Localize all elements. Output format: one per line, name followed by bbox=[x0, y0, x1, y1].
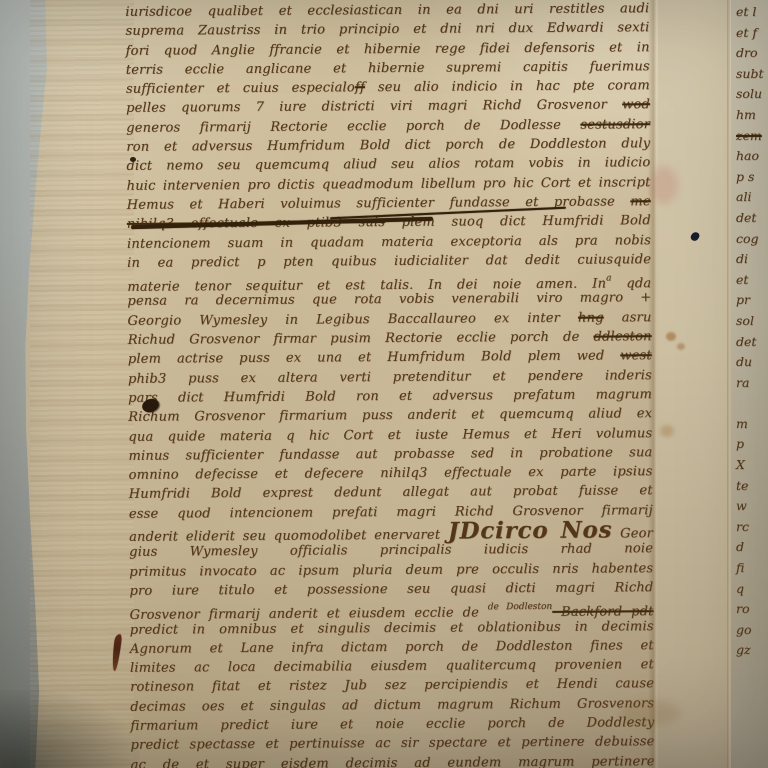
adjacent-page-fragment: d bbox=[736, 537, 768, 558]
adjacent-page-fragment: det bbox=[736, 332, 768, 353]
handwritten-text: minus sufficienter fundasse aut probasse… bbox=[128, 445, 652, 464]
interlined-text: de Dodleston bbox=[488, 602, 553, 612]
handwritten-text: gius Wymesley officialis principalis iud… bbox=[129, 541, 653, 560]
handwritten-text: Richum Grosvenor firmarium puss anderit … bbox=[128, 406, 652, 425]
handwritten-text: Georgio Wymesley in Legibus Baccallaureo… bbox=[127, 310, 578, 328]
struck-text: hng bbox=[578, 310, 604, 325]
adjacent-page-fragment: du bbox=[736, 352, 768, 373]
handwritten-text: in ea predict p pten quibus iudicialiter… bbox=[127, 252, 651, 271]
adjacent-page-fragment: et l bbox=[736, 2, 768, 23]
handwritten-text: asru bbox=[604, 310, 652, 325]
struck-text: wod bbox=[622, 98, 650, 113]
handwritten-text: sufficienter et cuius especialo bbox=[126, 80, 355, 97]
handwritten-text: intencionem suam in quadam materia excep… bbox=[127, 233, 651, 252]
handwritten-text: ron et adversus Humfridum Bold dict porc… bbox=[126, 136, 650, 155]
struck-text: sestusdior bbox=[580, 117, 650, 132]
handwritten-text: predict in omnibus et singulis decimis e… bbox=[130, 619, 654, 638]
handwritten-text: primitus invocato ac ipsum pluria deum p… bbox=[129, 561, 653, 580]
adjacent-page-fragment: sol bbox=[736, 311, 768, 332]
adjacent-page-fragment bbox=[736, 393, 768, 414]
adjacent-page-fragment: et bbox=[736, 270, 768, 291]
adjacent-page-fragment: di bbox=[736, 249, 768, 270]
handwritten-text: Agnorum et Lane infra dictam porch de Do… bbox=[130, 638, 654, 657]
handwritten-text: pelles quorums 7 iure districti viri mag… bbox=[126, 98, 622, 116]
handwritten-text: rotineson fitat et ristez Jub sez percip… bbox=[130, 677, 654, 696]
handwritten-text: Richud Grosvenor firmar pusim Rectorie e… bbox=[128, 330, 594, 348]
handwritten-text: omnino defecisse et defecere nihilq3 eff… bbox=[129, 464, 653, 483]
handwritten-text: plem suoq dict Humfridi Bold bbox=[385, 213, 651, 230]
adjacent-page-fragment: q bbox=[736, 579, 768, 600]
adjacent-page-fragment: hao bbox=[736, 146, 768, 167]
handwritten-text: ac de et super eisdem decimis ad eundem … bbox=[131, 754, 655, 768]
adjacent-page-fragment: ra bbox=[736, 373, 768, 394]
handwritten-text: pro iure titulo et possessione seu quasi… bbox=[129, 580, 653, 599]
adjacent-page-fragment: go bbox=[736, 620, 768, 641]
adjacent-page-fragment: rc bbox=[736, 517, 768, 538]
adjacent-page-fragment: pr bbox=[736, 290, 768, 311]
ink-speck bbox=[130, 157, 136, 162]
adjacent-page-fragment: ro bbox=[736, 599, 768, 620]
handwritten-text: pars dict Humfridi Bold ron et adversus … bbox=[128, 387, 652, 406]
handwritten-text: qua quide materia q hic Cort et iuste He… bbox=[128, 426, 652, 445]
margin-paraph-mark bbox=[111, 634, 122, 672]
adjacent-page-fragment: p s bbox=[736, 167, 768, 188]
struck-text: ddleston bbox=[593, 329, 651, 344]
handwritten-text: phib3 puss ex altera verti pretenditur e… bbox=[128, 368, 652, 387]
handwritten-text: pensa ra decernimus que rota vobis vener… bbox=[127, 291, 651, 310]
handwritten-text: limites ac loca decimabilia eiusdem qual… bbox=[130, 657, 654, 676]
handwritten-text: suprema Zaustriss in trio principio et d… bbox=[125, 20, 649, 39]
adjacent-page-fragment: et f bbox=[736, 23, 768, 44]
adjacent-page-fragment: gz bbox=[736, 640, 768, 661]
handwritten-text: Humfridi Bold exprest dedunt allegat aut… bbox=[129, 484, 653, 503]
manuscript-text-block: iurisdicoe qualibet et ecclesiastican in… bbox=[125, 0, 654, 768]
adjacent-page-fragment: ali bbox=[736, 187, 768, 208]
adjacent-page-fragment: dro bbox=[736, 43, 768, 64]
handwritten-text: terris ecclie anglicane et hibernie supr… bbox=[126, 59, 650, 78]
adjacent-page-fragment: p bbox=[736, 434, 768, 455]
adjacent-page-fragment: hm bbox=[736, 105, 768, 126]
adjacent-page-fragment: te bbox=[736, 476, 768, 497]
handwritten-text: iurisdicoe qualibet et ecclesiastican in… bbox=[125, 1, 649, 20]
adjacent-page-fragment: m bbox=[736, 414, 768, 435]
handwritten-text: dict nemo seu quemcumq aliud seu alios r… bbox=[126, 156, 650, 175]
adjacent-page-fragment: fi bbox=[736, 558, 768, 579]
adjacent-page-fragment: det bbox=[736, 208, 768, 229]
handwritten-text: decimas oes et singulas ad dictum magrum… bbox=[130, 696, 654, 715]
adjacent-page-fragment: solu bbox=[736, 84, 768, 105]
adjacent-page-sliver: et let fdrosubtsoluhmzemhaop salidetcogd… bbox=[731, 0, 768, 768]
manuscript-photo-frame: iurisdicoe qualibet et ecclesiastican in… bbox=[0, 0, 768, 768]
adjacent-page-text-fragments: et let fdrosubtsoluhmzemhaop salidetcogd… bbox=[736, 2, 768, 661]
struck-text: ff bbox=[355, 80, 365, 95]
handwritten-text: predict spectasse et pertinuisse ac sir … bbox=[130, 734, 654, 753]
handwritten-text: generos firmarij Rectorie ecclie porch d… bbox=[126, 117, 580, 135]
handwritten-text: Hemus et Haberi voluimus sufficienter fu… bbox=[127, 194, 631, 213]
handwritten-text: fori quod Anglie ffrancie et hibernie re… bbox=[126, 40, 650, 59]
adjacent-page-fragment: subt bbox=[736, 64, 768, 85]
adjacent-page-fragment: cog bbox=[736, 229, 768, 250]
handwritten-text: huic intervenien pro dictis queadmodum l… bbox=[127, 175, 651, 194]
handwritten-text: firmarium predict iure et noie ecclie po… bbox=[130, 715, 654, 734]
outer-margin-strip bbox=[658, 0, 730, 768]
adjacent-page-fragment: X bbox=[736, 455, 768, 476]
adjacent-page-fragment: w bbox=[736, 496, 768, 517]
handwritten-text: plem actrise puss ex una et Humfridum Bo… bbox=[128, 349, 621, 367]
adjacent-page-fragment: zem bbox=[736, 126, 768, 147]
handwritten-text: seu alio indicio in hac pte coram bbox=[365, 78, 650, 95]
